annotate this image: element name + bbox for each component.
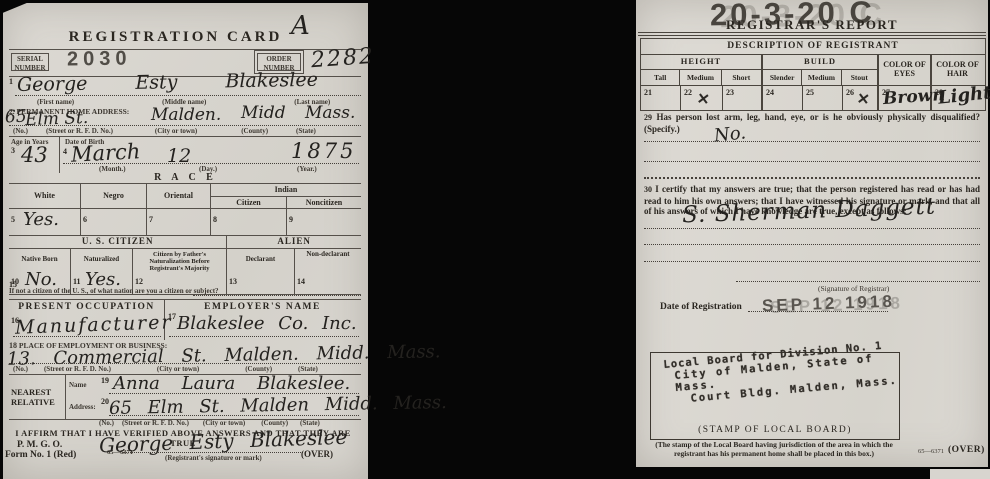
race-cell-6-number: 6 [81, 215, 87, 224]
citizen-col-native-born: Native Born [9, 249, 71, 271]
description-title: DESCRIPTION OF REGISTRANT [641, 39, 985, 55]
race-indian-subrow: Citizen Noncitizen [211, 197, 361, 209]
race-col-white: White [9, 184, 81, 208]
citizen-table: U. S. CITIZEN ALIEN Native Born Naturali… [9, 235, 361, 295]
citizen-cell-14-number: 14 [295, 277, 305, 286]
hair-cell: 28 Light [932, 86, 983, 110]
registrant-name-value: George Esty Blakeslee [17, 68, 357, 96]
build-group: BUILD Slender Medium Stout [763, 55, 879, 85]
height-col-short: Short [722, 70, 761, 85]
employer-value: Blakeslee Co. Inc. [177, 313, 357, 334]
color-of-eyes-title: COLOR OF EYES [879, 55, 932, 85]
race-value-row: 5 Yes. 6 7 8 9 [9, 209, 361, 235]
registrant-signature-label: (Registrant's signature or mark) [165, 454, 262, 462]
race-indian-noncitizen-label: Noncitizen [287, 197, 361, 209]
citizen-col-declarant: Declarant [227, 249, 295, 271]
registrars-report-title: REGISTRAR'S REPORT [636, 17, 988, 33]
build-col-stout: Stout [842, 70, 877, 85]
registration-card: REGISTRATION CARD A SERIAL NUMBER 2030 O… [3, 3, 368, 479]
build-slender-cell: 24 [763, 86, 803, 110]
age-cell: Age in Years 3 43 [9, 137, 60, 173]
build-title: BUILD [763, 55, 877, 70]
form-letter-mark: A [291, 11, 310, 41]
local-board-stamp-box: Local Board for Division No. 1 City of M… [650, 352, 900, 440]
question-29-specify: (Specify.) [644, 124, 680, 134]
certify-dotted-line-1 [644, 228, 980, 229]
race-col-oriental: Oriental [147, 184, 211, 208]
relative-address-dotted-line [109, 415, 359, 416]
race-indian-citizen-label: Citizen [211, 197, 287, 209]
signature-dotted-line [123, 452, 303, 453]
nearest-relative-label: NEAREST RELATIVE [11, 387, 61, 407]
employer-field-number: 17 [168, 312, 176, 321]
answer-dotted-line-2 [644, 161, 980, 162]
relative-street-label: (Street or R. F. D. No.) [122, 419, 189, 427]
right-over-label: (OVER) [948, 445, 985, 455]
employers-name-title: EMPLOYER'S NAME [164, 302, 361, 312]
address-sublabels: (No.) (Street or R. F. D. No.) (City or … [9, 127, 361, 135]
address-state-value: Mass. [305, 103, 355, 123]
height-medium-x-mark: ✕ [696, 89, 711, 109]
stamp-box-caption: (The stamp of the Local Board having jur… [642, 441, 906, 458]
certify-dotted-line-2 [644, 244, 980, 245]
address-county-value: Midd [241, 103, 286, 123]
relative-name-label: Name [69, 381, 87, 389]
height-col-medium: Medium [680, 70, 721, 85]
field-15-dotted-line [193, 295, 361, 296]
relative-name-value: Anna Laura Blakeslee. [113, 373, 350, 394]
build-medium-cell: 25 [803, 86, 843, 110]
race-table: White Negro Oriental Indian Citizen Nonc… [9, 183, 361, 236]
right-print-code: 65—6371 [918, 448, 944, 455]
question-29-text: Has person lost arm, leg, hand, eye, or … [656, 112, 980, 122]
height-col-tall: Tall [641, 70, 680, 85]
answer-dotted-line-3 [644, 177, 980, 179]
employment-place-dotted-line [9, 363, 361, 364]
race-cell-7-number: 7 [147, 215, 153, 224]
present-occupation-title: PRESENT OCCUPATION [9, 302, 164, 312]
citizen-cell-11-number: 11 [71, 277, 81, 286]
employment-city-label: (City or town) [157, 365, 199, 373]
birth-dotted-line [63, 163, 359, 164]
occupation-dotted-line [13, 336, 161, 337]
race-cell-8-number: 8 [211, 215, 217, 224]
height-subcols: Tall Medium Short [641, 70, 761, 85]
build-stout-x-mark: ✕ [856, 89, 871, 109]
race-cell-9-number: 9 [287, 215, 293, 224]
address-dotted-line [9, 125, 361, 126]
serial-number-value: 2030 [67, 47, 132, 71]
race-indian-label: Indian [211, 184, 361, 197]
birth-year-value: 1875 [291, 139, 356, 163]
height-group: HEIGHT Tall Medium Short [641, 55, 763, 85]
address-city-label: (City or town) [155, 127, 197, 135]
registrar-signature-line [736, 281, 980, 282]
stamp-of-local-board-label: (STAMP OF LOCAL BOARD) [651, 425, 899, 435]
left-over-label: (OVER) [301, 449, 333, 459]
question-29: 29 Has person lost arm, leg, hand, eye, … [644, 112, 980, 134]
form-id-line2: Form No. 1 (Red) [5, 450, 76, 460]
relative-city-label: (City or town) [203, 419, 245, 427]
race-cell-5-number: 5 [9, 215, 15, 224]
question-29-answer: No. [713, 122, 747, 146]
race-col-negro: Negro [81, 184, 147, 208]
citizen-col-naturalized: Naturalized [71, 249, 133, 271]
height-short-cell: 23 [723, 86, 763, 110]
height-tall-cell: 21 [641, 86, 681, 110]
height-medium-number: 22 [684, 88, 692, 97]
relative-address-number: 20 [101, 397, 109, 406]
relative-address-label: Address: [69, 403, 96, 411]
certify-dotted-line-3 [644, 261, 980, 262]
date-of-registration-label: Date of Registration [660, 302, 742, 312]
question-29-number: 29 [644, 113, 652, 122]
field-15-question-text: If not a citizen of the U. S., of what n… [9, 287, 219, 295]
relative-county-label: (County) [261, 419, 288, 427]
age-birth-row: Age in Years 3 43 Date of Birth 4 March … [9, 136, 361, 173]
birth-field-number: 4 [63, 147, 67, 156]
date-of-registration-stamp: SEP 12 1918 [762, 292, 896, 317]
race-col-indian: Indian Citizen Noncitizen [211, 184, 361, 208]
citizen-subheader-row: Native Born Naturalized Citizen by Fathe… [9, 249, 361, 271]
build-col-medium: Medium [802, 70, 841, 85]
relative-name-number: 19 [101, 376, 109, 385]
address-no-label: (No.) [13, 127, 28, 135]
employment-place-sublabels: (No.) (Street or R. F. D. No.) (City or … [9, 365, 361, 373]
color-of-hair-title: COLOR OF HAIR [932, 55, 983, 85]
employer-dotted-line [169, 336, 359, 337]
race-section-title: R A C E [3, 172, 368, 183]
description-table: DESCRIPTION OF REGISTRANT HEIGHT Tall Me… [640, 38, 986, 111]
citizen-cell-13-number: 13 [227, 277, 237, 286]
scan-background: { "colors": {"card_bg": "#d8d5cf", "ink"… [0, 0, 990, 479]
serial-number-label: SERIAL NUMBER [11, 53, 49, 71]
us-citizen-title: U. S. CITIZEN [9, 235, 227, 248]
local-board-stamp: Local Board for Division No. 1 City of M… [663, 338, 902, 406]
race-header-row: White Negro Oriental Indian Citizen Nonc… [9, 184, 361, 209]
height-medium-cell: 22 ✕ [681, 86, 723, 110]
field-15-question: If not a citizen of the U. S., of what n… [9, 287, 361, 295]
employment-state-label: (State) [298, 365, 318, 373]
build-stout-cell: 26 ✕ [843, 86, 879, 110]
build-col-slender: Slender [763, 70, 802, 85]
build-subcols: Slender Medium Stout [763, 70, 877, 85]
height-title: HEIGHT [641, 55, 761, 70]
first-name-label: (First name) [37, 98, 74, 106]
relative-no-label: (No.) [99, 419, 114, 427]
citizen-cell-12-number: 12 [133, 277, 143, 286]
race-cell-5-value: Yes. [23, 209, 59, 230]
age-value: 43 [21, 143, 48, 167]
race-cell-8: 8 [211, 209, 287, 235]
description-columns: HEIGHT Tall Medium Short BUILD Slender M… [641, 55, 985, 85]
eyes-cell: 27 Brown [879, 86, 932, 110]
citizen-col-nondeclarant: Non-declarant [295, 248, 361, 272]
employment-no-label: (No.) [13, 365, 28, 373]
citizen-col-father-naturalization: Citizen by Father's Naturalization Befor… [133, 249, 227, 271]
address-street-label: (Street or R. F. D. No.) [46, 127, 113, 135]
occupation-value: Manufacturer [15, 311, 173, 338]
question-30-number: 30 [644, 185, 652, 194]
build-stout-number: 26 [846, 88, 854, 97]
nearest-relative-block: NEAREST RELATIVE Name Address: 19 Anna L… [9, 374, 361, 420]
registrars-report-card: 20-3-20 C REGISTRAR'S REPORT DESCRIPTION… [636, 0, 988, 467]
occupation-employer-block: PRESENT OCCUPATION EMPLOYER'S NAME 16 Ma… [9, 299, 361, 340]
citizen-header-row: U. S. CITIZEN ALIEN [9, 235, 361, 249]
name-dotted-line [15, 95, 361, 96]
address-county-label: (County) [241, 127, 268, 135]
name-field-number: 1 [9, 77, 13, 86]
form-id-line1: P. M. G. O. [17, 440, 62, 450]
race-cell-7: 7 [147, 209, 211, 235]
scan-edge-artifact [930, 469, 990, 479]
address-city-value: Malden. [151, 105, 221, 125]
race-cell-9: 9 [287, 209, 361, 235]
hair-value: Light [937, 82, 990, 108]
address-state-label: (State) [296, 127, 316, 135]
race-cell-6: 6 [81, 209, 147, 235]
alien-title: ALIEN [227, 235, 361, 248]
relative-divider-1 [65, 375, 66, 419]
answer-dotted-line-1 [644, 141, 980, 142]
description-values-row: 21 22 ✕ 23 24 25 26 ✕ 27 Brown 28 Light [641, 85, 985, 110]
employment-county-label: (County) [245, 365, 272, 373]
race-cell-5: 5 Yes. [9, 209, 81, 235]
employment-street-label: (Street or R. F. D. No.) [44, 365, 111, 373]
title-rule [638, 32, 986, 36]
